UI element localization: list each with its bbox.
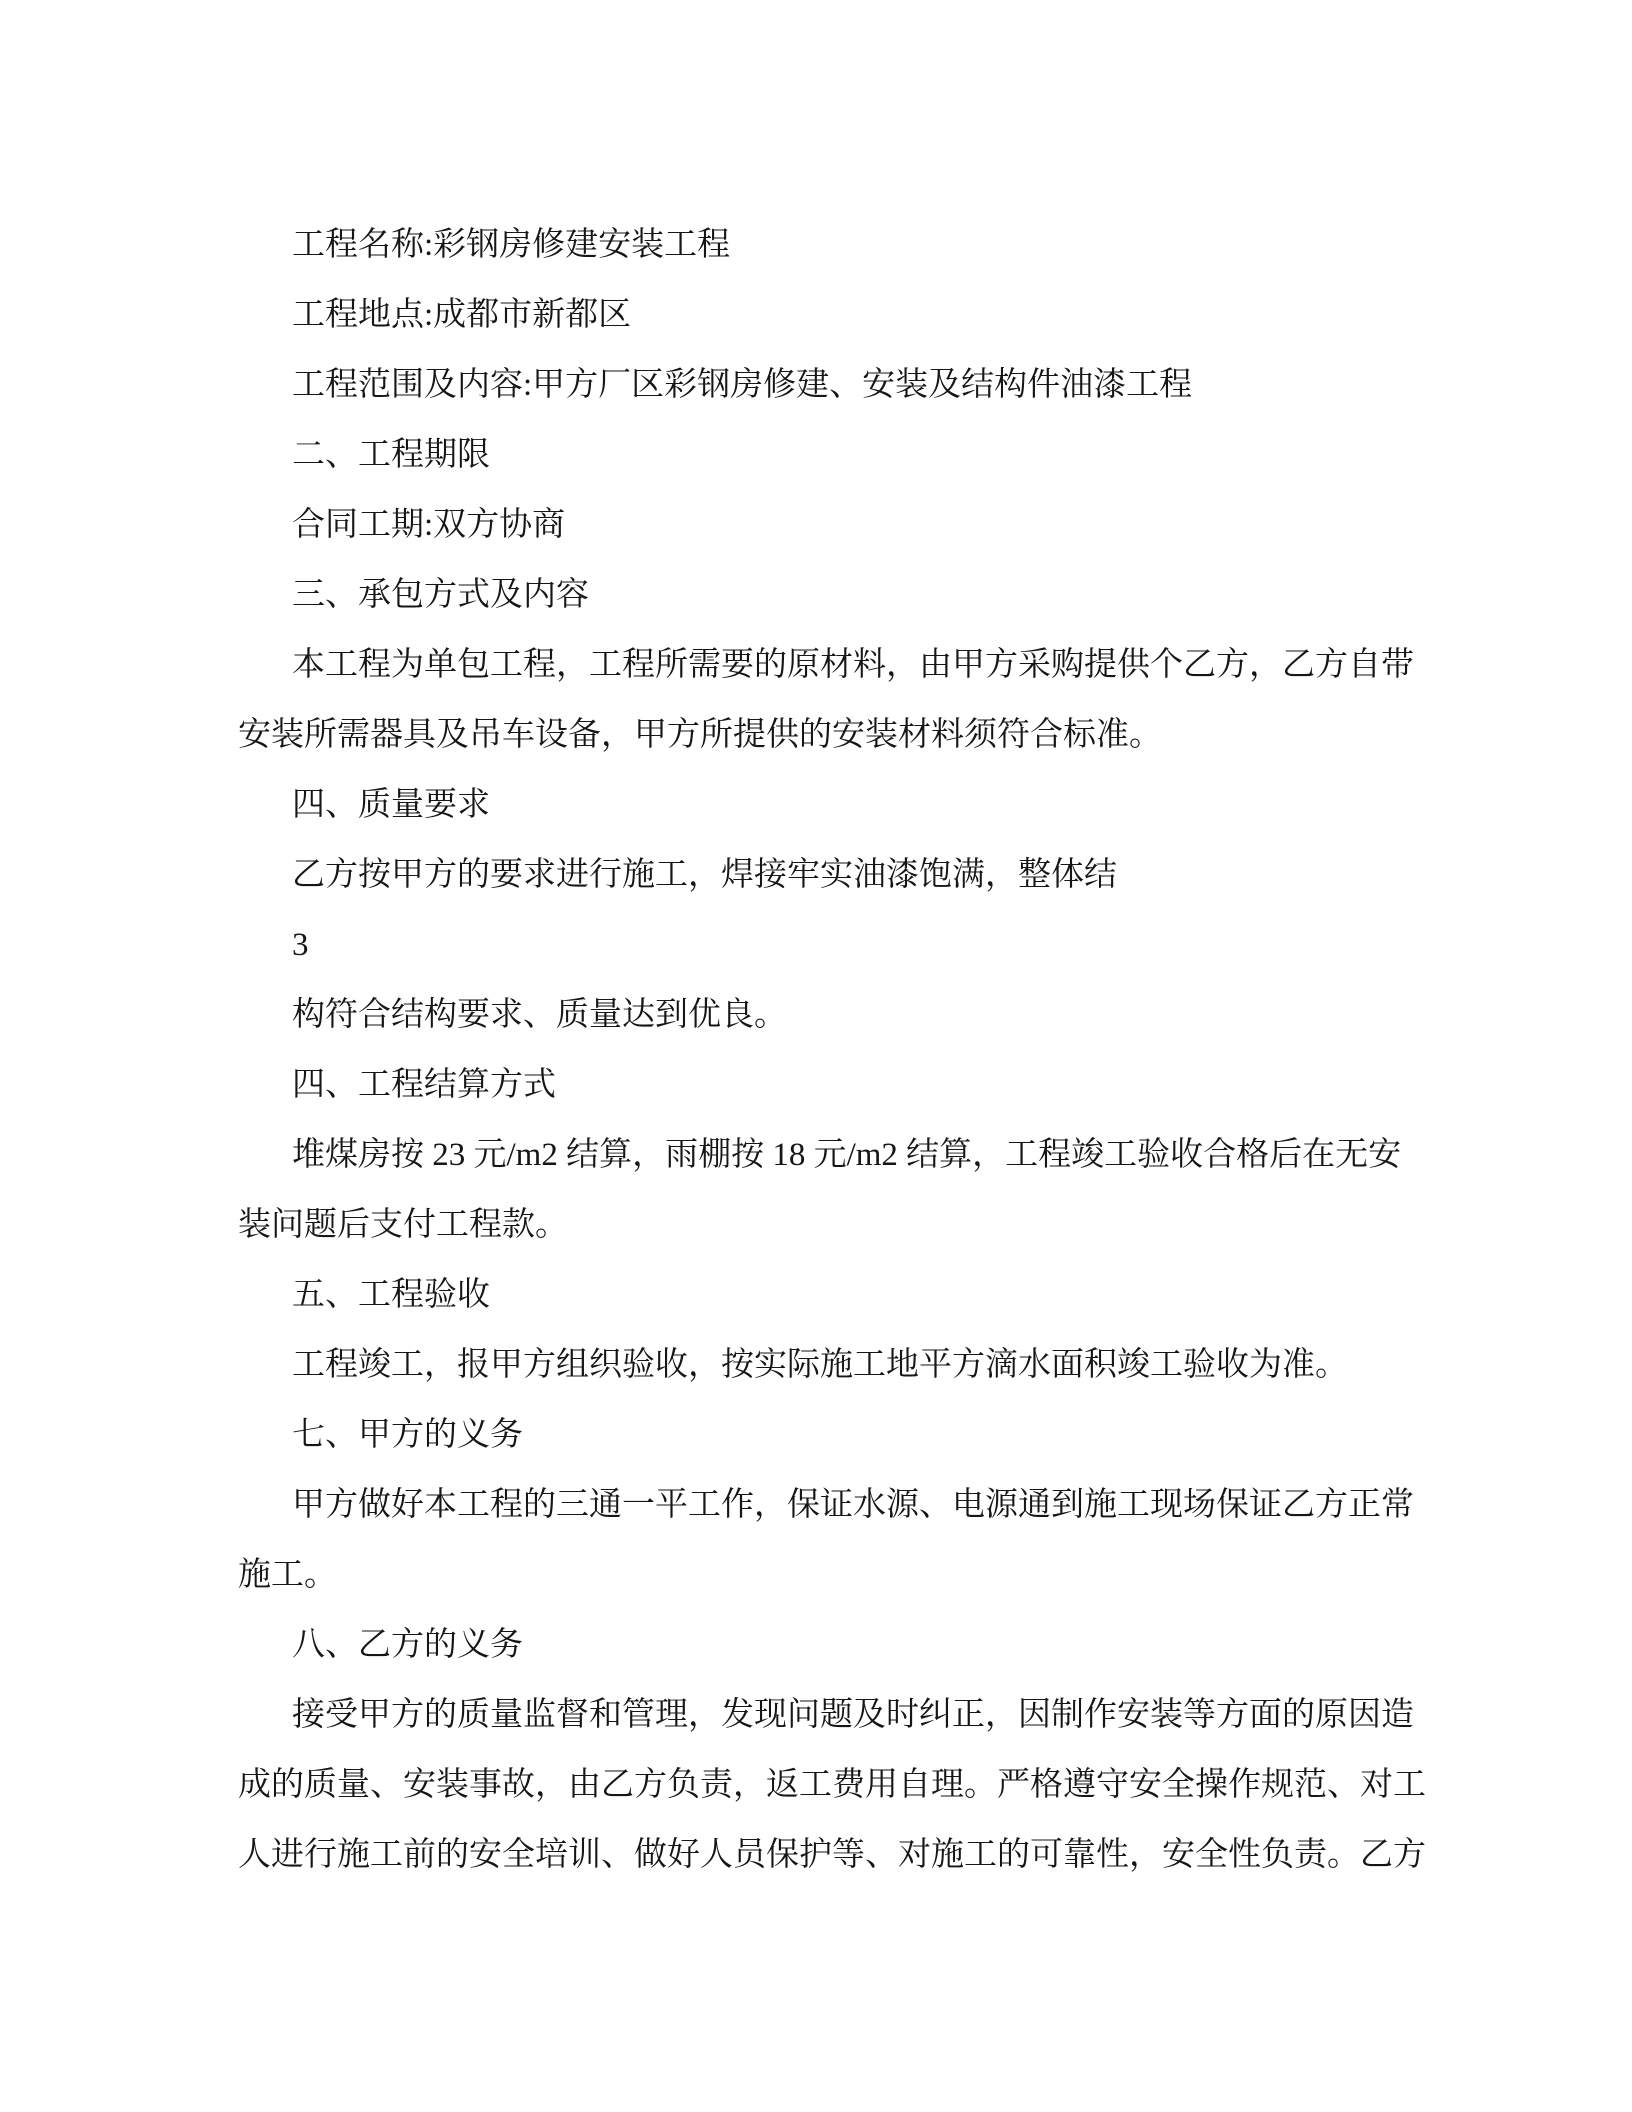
text-line: 五、工程验收: [238, 1260, 1538, 1330]
text-line: 甲方做好本工程的三通一平工作，保证水源、电源通到施工现场保证乙方正常: [238, 1470, 1538, 1540]
text-line: 四、质量要求: [238, 770, 1538, 840]
contract-text: 工程名称:彩钢房修建安装工程工程地点:成都市新都区工程范围及内容:甲方厂区彩钢房…: [238, 210, 1538, 1890]
document-page: 工程名称:彩钢房修建安装工程工程地点:成都市新都区工程范围及内容:甲方厂区彩钢房…: [0, 0, 1632, 2112]
text-line: 二、工程期限: [238, 420, 1538, 490]
text-line: 工程名称:彩钢房修建安装工程: [238, 210, 1538, 280]
text-line: 本工程为单包工程，工程所需要的原材料，由甲方采购提供个乙方，乙方自带: [238, 630, 1538, 700]
page-number: 3: [238, 910, 1538, 980]
text-line: 七、甲方的义务: [238, 1400, 1538, 1470]
text-line: 成的质量、安装事故，由乙方负责，返工费用自理。严格遵守安全操作规范、对工: [238, 1750, 1538, 1820]
text-line: 人进行施工前的安全培训、做好人员保护等、对施工的可靠性，安全性负责。乙方: [238, 1820, 1538, 1890]
text-line: 施工。: [238, 1540, 1538, 1610]
text-line: 乙方按甲方的要求进行施工，焊接牢实油漆饱满，整体结: [238, 840, 1538, 910]
text-line: 工程范围及内容:甲方厂区彩钢房修建、安装及结构件油漆工程: [238, 350, 1538, 420]
text-line: 四、工程结算方式: [238, 1050, 1538, 1120]
text-line: 安装所需器具及吊车设备，甲方所提供的安装材料须符合标准。: [238, 700, 1538, 770]
text-line: 工程竣工，报甲方组织验收，按实际施工地平方滴水面积竣工验收为准。: [238, 1330, 1538, 1400]
text-line: 接受甲方的质量监督和管理，发现问题及时纠正，因制作安装等方面的原因造: [238, 1680, 1538, 1750]
text-line: 合同工期:双方协商: [238, 490, 1538, 560]
text-line: 八、乙方的义务: [238, 1610, 1538, 1680]
text-line: 工程地点:成都市新都区: [238, 280, 1538, 350]
text-line: 堆煤房按 23 元/m2 结算，雨棚按 18 元/m2 结算，工程竣工验收合格后…: [238, 1120, 1538, 1190]
text-line: 三、承包方式及内容: [238, 560, 1538, 630]
text-line: 构符合结构要求、质量达到优良。: [238, 980, 1538, 1050]
text-line: 装问题后支付工程款。: [238, 1190, 1538, 1260]
